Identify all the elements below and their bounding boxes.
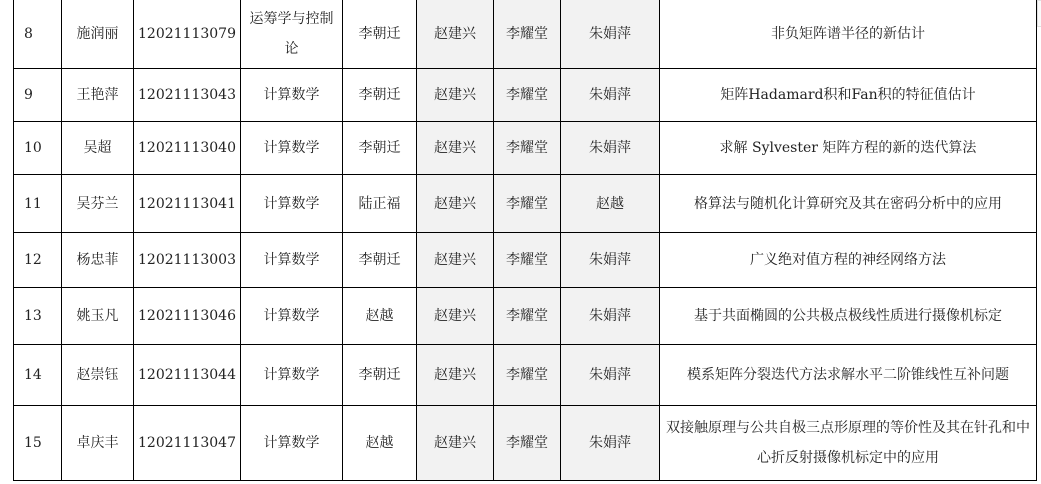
reviewer-2: 李耀堂 — [493, 288, 560, 345]
reviewer-2: 李耀堂 — [493, 345, 560, 406]
table-row: 11 吴芬兰 12021113041 计算数学 陆正福 赵建兴 李耀堂 赵越 格… — [14, 175, 1037, 233]
student-id: 12021113079 — [134, 0, 241, 69]
thesis-title: 矩阵Hadamard积和Fan积的特征值估计 — [659, 69, 1036, 122]
reviewer-3: 朱娟萍 — [560, 406, 659, 481]
advisor: 李朝迁 — [342, 345, 416, 406]
reviewer-2: 李耀堂 — [493, 69, 560, 122]
advisor: 赵越 — [342, 406, 416, 481]
major: 计算数学 — [240, 345, 342, 406]
student-id: 12021113044 — [134, 345, 241, 406]
advisor: 李朝迁 — [342, 0, 416, 69]
scrollbar-edge[interactable] — [1037, 0, 1041, 27]
row-number: 15 — [14, 406, 62, 481]
reviewer-1: 赵建兴 — [416, 406, 493, 481]
student-name: 姚玉凡 — [62, 288, 134, 345]
thesis-title: 求解 Sylvester 矩阵方程的新的迭代算法 — [659, 122, 1036, 175]
thesis-title: 格算法与随机化计算研究及其在密码分析中的应用 — [659, 175, 1036, 233]
reviewer-1: 赵建兴 — [416, 69, 493, 122]
student-id: 12021113003 — [134, 233, 241, 288]
student-id: 12021113041 — [134, 175, 241, 233]
reviewer-2: 李耀堂 — [493, 175, 560, 233]
reviewer-1: 赵建兴 — [416, 345, 493, 406]
student-name: 吴超 — [62, 122, 134, 175]
major: 计算数学 — [240, 406, 342, 481]
row-number: 10 — [14, 122, 62, 175]
table-row: 8 施润丽 12021113079 运筹学与控制论 李朝迁 赵建兴 李耀堂 朱娟… — [14, 0, 1037, 69]
advisor: 李朝迁 — [342, 233, 416, 288]
reviewer-3: 朱娟萍 — [560, 69, 659, 122]
major: 计算数学 — [240, 69, 342, 122]
thesis-title: 基于共面椭圆的公共极点极线性质进行摄像机标定 — [659, 288, 1036, 345]
student-id: 12021113043 — [134, 69, 241, 122]
thesis-title: 广义绝对值方程的神经网络方法 — [659, 233, 1036, 288]
row-number: 9 — [14, 69, 62, 122]
student-name: 杨忠菲 — [62, 233, 134, 288]
major: 计算数学 — [240, 175, 342, 233]
major: 计算数学 — [240, 122, 342, 175]
reviewer-3: 朱娟萍 — [560, 122, 659, 175]
thesis-title: 模系矩阵分裂迭代方法求解水平二阶锥线性互补问题 — [659, 345, 1036, 406]
student-name: 施润丽 — [62, 0, 134, 69]
reviewer-2: 李耀堂 — [493, 233, 560, 288]
reviewer-3: 朱娟萍 — [560, 345, 659, 406]
reviewer-1: 赵建兴 — [416, 288, 493, 345]
advisor: 李朝迁 — [342, 69, 416, 122]
reviewer-2: 李耀堂 — [493, 0, 560, 69]
reviewer-2: 李耀堂 — [493, 406, 560, 481]
row-number: 8 — [14, 0, 62, 69]
table-row: 13 姚玉凡 12021113046 计算数学 赵越 赵建兴 李耀堂 朱娟萍 基… — [14, 288, 1037, 345]
advisor: 李朝迁 — [342, 122, 416, 175]
reviewer-2: 李耀堂 — [493, 122, 560, 175]
student-id: 12021113047 — [134, 406, 241, 481]
student-name: 吴芬兰 — [62, 175, 134, 233]
student-id: 12021113046 — [134, 288, 241, 345]
major: 计算数学 — [240, 288, 342, 345]
thesis-title: 双接触原理与公共自极三点形原理的等价性及其在针孔和中心折反射摄像机标定中的应用 — [659, 406, 1036, 481]
student-name: 王艳萍 — [62, 69, 134, 122]
reviewer-3: 朱娟萍 — [560, 233, 659, 288]
reviewer-3: 赵越 — [560, 175, 659, 233]
student-name: 赵崇钰 — [62, 345, 134, 406]
student-id: 12021113040 — [134, 122, 241, 175]
reviewer-3: 朱娟萍 — [560, 288, 659, 345]
row-number: 11 — [14, 175, 62, 233]
reviewer-1: 赵建兴 — [416, 233, 493, 288]
table-row: 10 吴超 12021113040 计算数学 李朝迁 赵建兴 李耀堂 朱娟萍 求… — [14, 122, 1037, 175]
student-name: 卓庆丰 — [62, 406, 134, 481]
major: 运筹学与控制论 — [240, 0, 342, 69]
thesis-review-table: 8 施润丽 12021113079 运筹学与控制论 李朝迁 赵建兴 李耀堂 朱娟… — [13, 0, 1037, 481]
advisor: 陆正福 — [342, 175, 416, 233]
table-row: 15 卓庆丰 12021113047 计算数学 赵越 赵建兴 李耀堂 朱娟萍 双… — [14, 406, 1037, 481]
major: 计算数学 — [240, 233, 342, 288]
table-row: 14 赵崇钰 12021113044 计算数学 李朝迁 赵建兴 李耀堂 朱娟萍 … — [14, 345, 1037, 406]
reviewer-1: 赵建兴 — [416, 175, 493, 233]
reviewer-3: 朱娟萍 — [560, 0, 659, 69]
table-row: 12 杨忠菲 12021113003 计算数学 李朝迁 赵建兴 李耀堂 朱娟萍 … — [14, 233, 1037, 288]
thesis-title: 非负矩阵谱半径的新估计 — [659, 0, 1036, 69]
table-row: 9 王艳萍 12021113043 计算数学 李朝迁 赵建兴 李耀堂 朱娟萍 矩… — [14, 69, 1037, 122]
row-number: 14 — [14, 345, 62, 406]
row-number: 12 — [14, 233, 62, 288]
reviewer-1: 赵建兴 — [416, 0, 493, 69]
advisor: 赵越 — [342, 288, 416, 345]
row-number: 13 — [14, 288, 62, 345]
reviewer-1: 赵建兴 — [416, 122, 493, 175]
